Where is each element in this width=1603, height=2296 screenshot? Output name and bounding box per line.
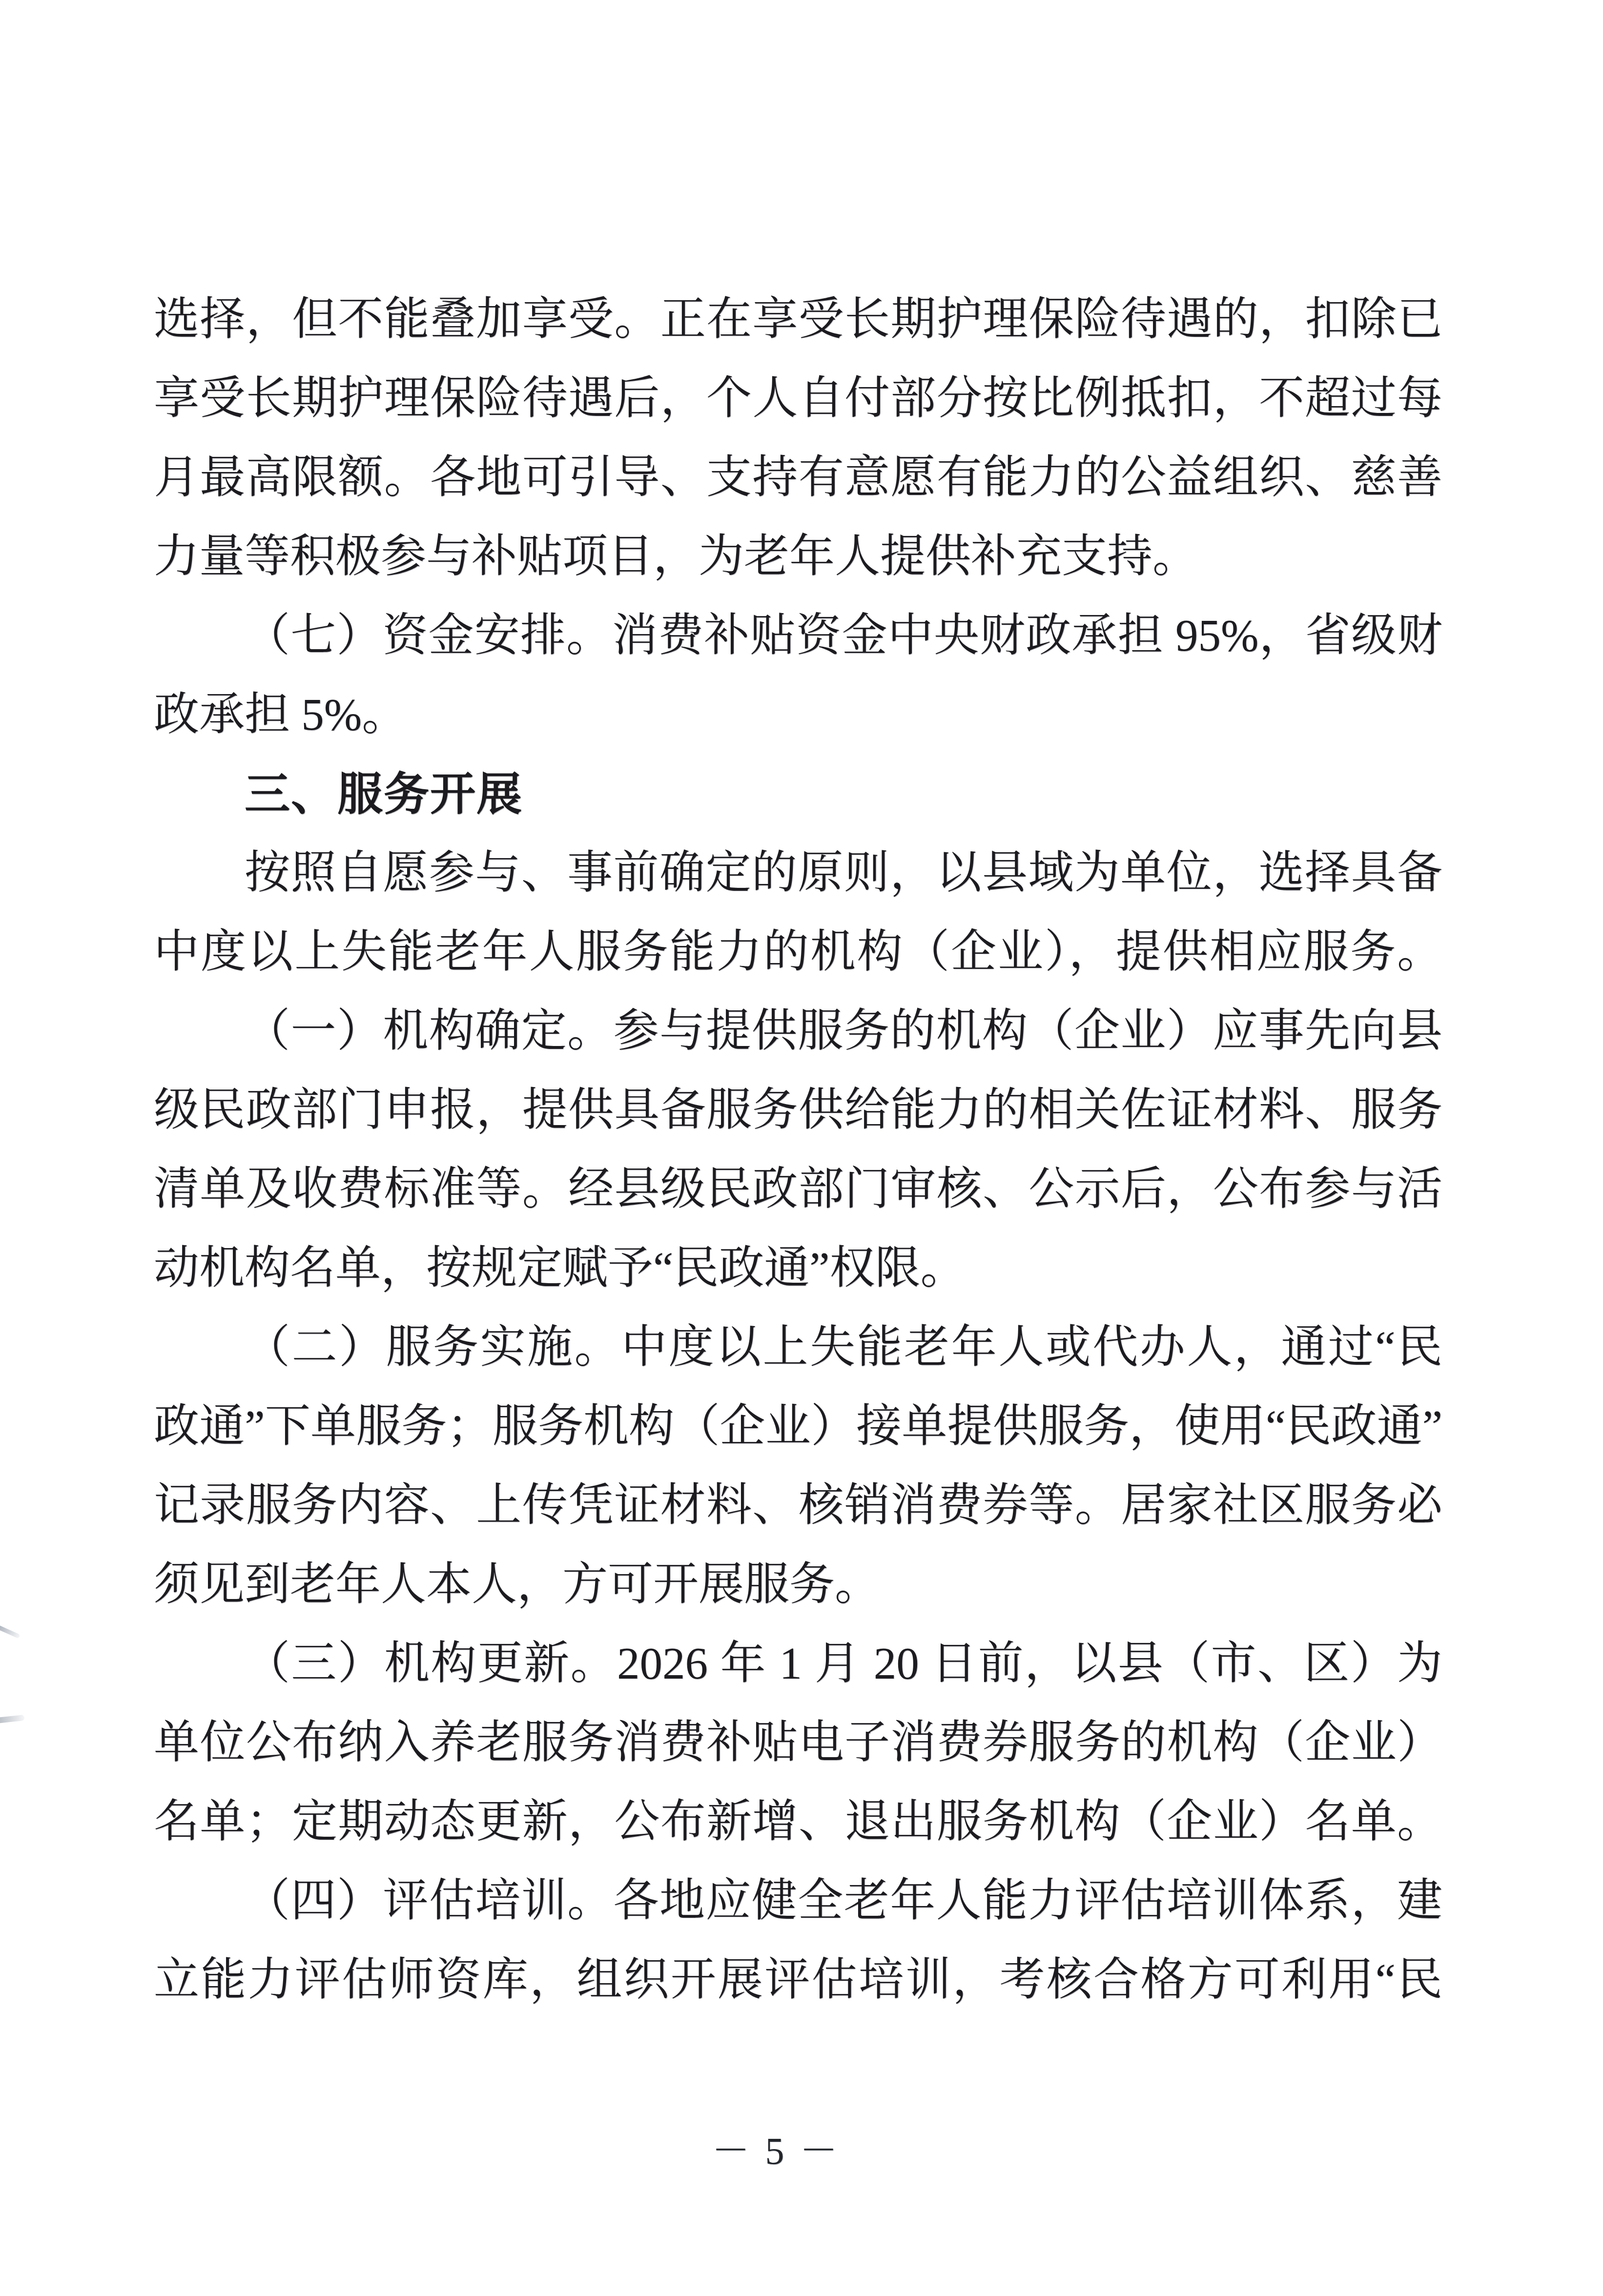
text-line: 选择，但不能叠加享受。正在享受长期护理保险待遇的，扣除已 <box>154 280 1442 359</box>
text-line: （二）服务实施。中度以上失能老年人或代办人，通过“民 <box>154 1308 1442 1387</box>
document-text: 选择，但不能叠加享受。正在享受长期护理保险待遇的，扣除已享受长期护理保险待遇后，… <box>154 280 1442 2020</box>
text-line: 单位公布纳入养老服务消费补贴电子消费券服务的机构（企业） <box>154 1703 1442 1783</box>
scan-artifact-left-1 <box>0 1624 21 1639</box>
text-line: 政通”下单服务；服务机构（企业）接单提供服务，使用“民政通” <box>154 1387 1442 1466</box>
text-line: 立能力评估师资库，组织开展评估培训，考核合格方可利用“民 <box>154 1941 1442 2020</box>
text-line: 记录服务内容、上传凭证材料、核销消费券等。居家社区服务必 <box>154 1466 1442 1545</box>
text-line: 力量等积极参与补贴项目，为老年人提供补充支持。 <box>154 517 1442 596</box>
section-heading: 三、服务开展 <box>154 755 1442 834</box>
text-line: （七）资金安排。消费补贴资金中央财政承担 95%，省级财 <box>154 596 1442 676</box>
text-line: （一）机构确定。参与提供服务的机构（企业）应事先向县 <box>154 992 1442 1071</box>
text-line: 按照自愿参与、事前确定的原则，以县域为单位，选择具备 <box>154 834 1442 913</box>
text-line: 须见到老年人本人，方可开展服务。 <box>154 1545 1442 1624</box>
page-number: － 5 － <box>0 2124 1578 2178</box>
text-line: （四）评估培训。各地应健全老年人能力评估培训体系，建 <box>154 1862 1442 1941</box>
document-page: 选择，但不能叠加享受。正在享受长期护理保险待遇的，扣除已享受长期护理保险待遇后，… <box>0 0 1603 2296</box>
text-line: 清单及收费标准等。经县级民政部门审核、公示后，公布参与活 <box>154 1150 1442 1229</box>
text-line: 级民政部门申报，提供具备服务供给能力的相关佐证材料、服务 <box>154 1071 1442 1150</box>
text-line: （三）机构更新。2026 年 1 月 20 日前，以县（市、区）为 <box>154 1624 1442 1703</box>
text-line: 名单；定期动态更新，公布新增、退出服务机构（企业）名单。 <box>154 1783 1442 1862</box>
text-line: 享受长期护理保险待遇后，个人自付部分按比例抵扣，不超过每 <box>154 359 1442 438</box>
scan-artifact-left-2 <box>0 1715 24 1723</box>
text-line: 动机构名单，按规定赋予“民政通”权限。 <box>154 1229 1442 1308</box>
text-line: 政承担 5%。 <box>154 676 1442 755</box>
text-line: 中度以上失能老年人服务能力的机构（企业），提供相应服务。 <box>154 913 1442 992</box>
text-line: 月最高限额。各地可引导、支持有意愿有能力的公益组织、慈善 <box>154 438 1442 517</box>
